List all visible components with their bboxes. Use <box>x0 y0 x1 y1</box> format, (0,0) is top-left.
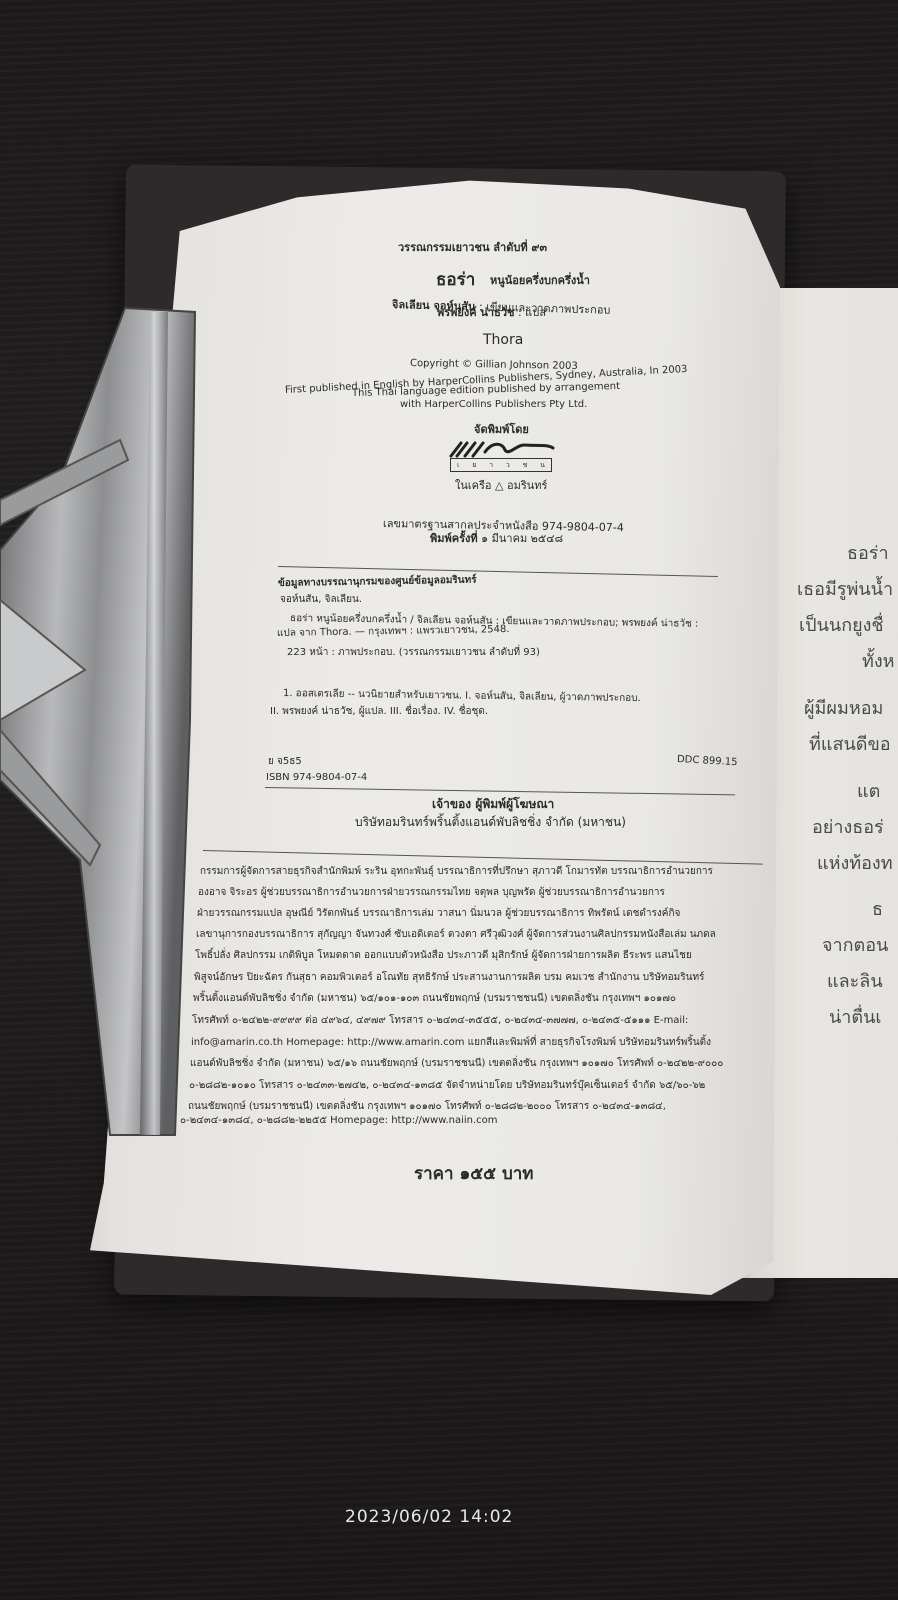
credits-line: เลขานุการกองบรรณาธิการ สุกัญญา จันทวงศ์ … <box>196 927 716 942</box>
logo-letter: ว <box>506 460 510 471</box>
praew-logo-icon <box>447 440 557 458</box>
translator-name: พรพยงค์ น่าธวัช <box>437 306 514 319</box>
credits-line: พริ้นติ้งแอนด์พับลิชชิ่ง จำกัด (มหาชน) ๖… <box>193 991 676 1006</box>
series-line: วรรณกรรมเยาวชน ลำดับที่ ๙๓ <box>398 238 547 256</box>
right-page-line: เธอมีรูพ่นน้ำ <box>797 574 893 603</box>
logo-letter: เ <box>457 460 459 471</box>
credits-line: โทรศัพท์ ๐-๒๔๒๒-๙๙๙๙ ต่อ ๔๙๖๔, ๔๙๗๙ โทรส… <box>192 1013 688 1028</box>
network-line: ในเครือ △ อมรินทร์ <box>455 476 547 494</box>
book-title: ธอร่า <box>436 266 475 293</box>
catalog-subject-line: II. พรพยงค์ น่าธวัช, ผู้แปล. III. ชื่อเร… <box>270 704 488 719</box>
print-edition-line: พิมพ์ครั้งที่ ๑ มีนาคม ๒๕๔๘ <box>430 529 563 547</box>
right-page-line: เป็นนกยูงชื่ <box>799 610 884 639</box>
right-page-line: ธ <box>872 894 883 923</box>
credits-line: องอาจ จิระอร ผู้ช่วยบรรณาธิการอำนวยการฝ่… <box>198 885 665 900</box>
printed-by-label: จัดพิมพ์โดย <box>474 420 529 438</box>
praew-logo-letters: เ ย า ว ช น <box>450 458 552 472</box>
right-page-line: แต <box>857 776 880 805</box>
price: ราคา ๑๕๕ บาท <box>414 1160 534 1187</box>
credits-line: ๐-๒๘๘๒-๑๐๑๐ โทรสาร ๐-๒๔๓๓-๒๗๔๒, ๐-๒๔๓๔-๑… <box>189 1078 705 1093</box>
print-edition-label: พิมพ์ครั้งที่ <box>430 532 478 545</box>
right-page-line: แห่งท้องท <box>817 848 893 877</box>
credits-line: กรรมการผู้จัดการสายธุรกิจสำนักพิมพ์ ระริ… <box>200 864 713 879</box>
credits-line: info@amarin.co.th Homepage: http://www.a… <box>191 1035 711 1050</box>
credits-line: แอนด์พับลิชชิ่ง จำกัด (มหาชน) ๖๕/๑๖ ถนนช… <box>190 1056 723 1071</box>
right-page-line: จากตอน <box>822 930 888 959</box>
translator-role: : แปล <box>514 306 546 319</box>
owner-company: บริษัทอมรินทร์พริ้นติ้งแอนด์พับลิชชิ่ง จ… <box>355 813 626 832</box>
right-page-line: ธอร่า <box>847 538 889 567</box>
with-publisher-line: with HarperCollins Publishers Pty Ltd. <box>400 399 587 410</box>
catalog-line: จอห์นสัน, จิลเลียน. <box>280 592 362 607</box>
metal-page-clip-icon <box>0 300 200 1140</box>
right-page-line: และลิน <box>827 966 883 995</box>
owner-label: เจ้าของ ผู้พิมพ์ผู้โฆษณา <box>432 795 554 814</box>
english-title: Thora <box>483 332 523 348</box>
right-page-line: น่าตื่นเ <box>829 1002 882 1031</box>
credits-line: ฝ่ายวรรณกรรมแปล อุษณีย์ วิรัตกพันธ์ บรรณ… <box>197 906 680 921</box>
right-page-line: ที่แสนดีขอ <box>809 729 891 758</box>
right-page-line: ทั้งห <box>862 646 895 675</box>
credits-line: โพธิ์ปลั่ง ศิลปกรรม เกดิพิบูล โหมดดาด ออ… <box>195 948 692 963</box>
credits-line: พิสูจน์อักษร ปิยะฉัตร กันสุธา คอมพิวเตอร… <box>194 970 704 985</box>
logo-letter: า <box>489 460 493 471</box>
credits-line: ๐-๒๔๓๔-๑๓๘๔, ๐-๒๘๘๒-๒๒๕๕ Homepage: http:… <box>180 1113 498 1128</box>
logo-letter: น <box>540 460 545 471</box>
logo-letter: ช <box>523 460 528 471</box>
catalog-isbn: ISBN 974-9804-07-4 <box>266 772 367 783</box>
photo-timestamp: 2023/06/02 14:02 <box>345 1507 513 1527</box>
logo-letter: ย <box>472 460 476 471</box>
catalog-line: 223 หน้า : ภาพประกอบ. (วรรณกรรมเยาวชน ลำ… <box>287 645 540 660</box>
print-edition-value: ๑ มีนาคม ๒๕๔๘ <box>478 532 563 545</box>
call-number: ย จ5ธ5 <box>268 754 302 769</box>
credits-line: ถนนชัยพฤกษ์ (บรมราชชนนี) เขตตลิ่งชัน กรุ… <box>188 1099 666 1114</box>
right-page-line: ผู้มีผมหอม <box>804 693 883 722</box>
translator-line: พรพยงค์ น่าธวัช : แปล <box>437 303 546 321</box>
right-page-line: อย่างธอร่ <box>812 812 884 841</box>
book-subtitle: หนูน้อยครึ่งบกครึ่งน้ำ <box>490 271 590 289</box>
